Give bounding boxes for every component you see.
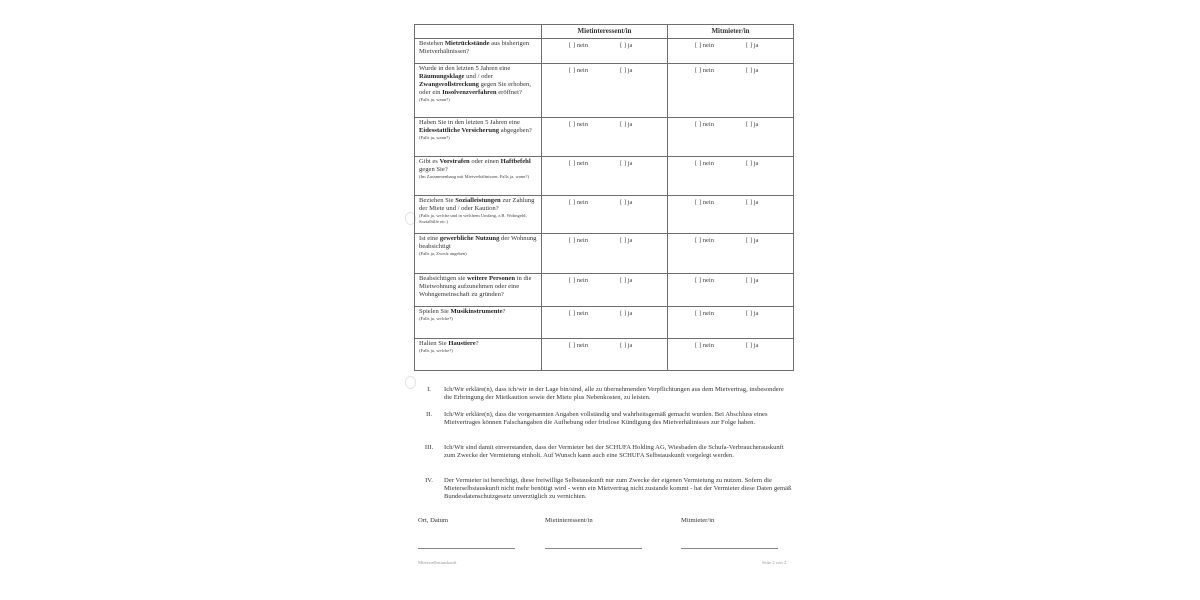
declaration-text: Ich/Wir erkläre(n), dass ich/wir in der …	[444, 386, 792, 402]
co-tenant-signature-line[interactable]	[681, 548, 778, 549]
co-tenant-answer-cell: [ ] nein[ ] ja	[668, 64, 794, 118]
co-tenant-ja-checkbox[interactable]: [ ] ja	[746, 310, 758, 317]
table-row: Halten Sie Haustiere?(Falls ja, welche?)…	[415, 339, 794, 371]
question-hint: (Falls ja, wann?)	[419, 135, 538, 141]
applicant-ja-checkbox[interactable]: [ ] ja	[620, 160, 632, 167]
applicant-answer-cell: [ ] nein[ ] ja	[542, 196, 668, 234]
applicant-answer-cell: [ ] nein[ ] ja	[542, 307, 668, 339]
co-tenant-nein-checkbox[interactable]: [ ] nein	[695, 277, 714, 284]
applicant-answer-cell: [ ] nein[ ] ja	[542, 118, 668, 157]
table-row: Beziehen Sie Sozialleistungen zur Zahlun…	[415, 196, 794, 234]
declaration-number: IV.	[414, 477, 444, 485]
co-tenant-answer-cell: [ ] nein[ ] ja	[668, 157, 794, 196]
applicant-ja-checkbox[interactable]: [ ] ja	[620, 67, 632, 74]
applicant-nein-checkbox[interactable]: [ ] nein	[569, 160, 588, 167]
table-row: Gibt es Vorstrafen oder einen Haftbefehl…	[415, 157, 794, 196]
applicant-nein-checkbox[interactable]: [ ] nein	[569, 237, 588, 244]
table-row: Wurde in den letzten 5 Jahren eine Räumu…	[415, 64, 794, 118]
question-cell: Wurde in den letzten 5 Jahren eine Räumu…	[415, 64, 542, 118]
co-tenant-nein-checkbox[interactable]: [ ] nein	[695, 121, 714, 128]
question-cell: Haben Sie in den letzten 5 Jahren eine E…	[415, 118, 542, 157]
table-row: Ist eine gewerbliche Nutzung der Wohnung…	[415, 234, 794, 274]
co-tenant-ja-checkbox[interactable]: [ ] ja	[746, 277, 758, 284]
applicant-ja-checkbox[interactable]: [ ] ja	[620, 310, 632, 317]
question-cell: Halten Sie Haustiere?(Falls ja, welche?)	[415, 339, 542, 371]
question-hint: (Im Zusammenhang mit Mietverhältnissen, …	[419, 174, 538, 180]
question-cell: Bestehen Mietrückstände aus bisherigen M…	[415, 39, 542, 64]
applicant-nein-checkbox[interactable]: [ ] nein	[569, 277, 588, 284]
co-tenant-nein-checkbox[interactable]: [ ] nein	[695, 160, 714, 167]
header-co-tenant: Mitmieter/in	[668, 25, 794, 39]
table-row: Beabsichtigen sie weitere Personen in di…	[415, 274, 794, 307]
co-tenant-nein-checkbox[interactable]: [ ] nein	[695, 342, 714, 349]
applicant-nein-checkbox[interactable]: [ ] nein	[569, 67, 588, 74]
co-tenant-ja-checkbox[interactable]: [ ] ja	[746, 342, 758, 349]
question-cell: Beabsichtigen sie weitere Personen in di…	[415, 274, 542, 307]
declaration-text: Ich/Wir sind damit einverstanden, dass d…	[444, 444, 792, 460]
table-row: Haben Sie in den letzten 5 Jahren eine E…	[415, 118, 794, 157]
place-date-label: Ort, Datum	[418, 517, 448, 524]
question-hint: (Falls ja, wann?)	[419, 97, 538, 103]
applicant-nein-checkbox[interactable]: [ ] nein	[569, 42, 588, 49]
declaration-text: Der Vermieter ist berechtigt, diese frei…	[444, 477, 792, 502]
table-row: Bestehen Mietrückstände aus bisherigen M…	[415, 39, 794, 64]
place-date-line[interactable]	[418, 548, 515, 549]
declaration-number: III.	[414, 444, 444, 452]
page-number: Seite 2 von 2	[762, 560, 786, 565]
co-tenant-ja-checkbox[interactable]: [ ] ja	[746, 199, 758, 206]
applicant-nein-checkbox[interactable]: [ ] nein	[569, 199, 588, 206]
co-tenant-nein-checkbox[interactable]: [ ] nein	[695, 237, 714, 244]
co-tenant-nein-checkbox[interactable]: [ ] nein	[695, 42, 714, 49]
question-cell: Spielen Sie Musikinstrumente?(Falls ja, …	[415, 307, 542, 339]
co-tenant-ja-checkbox[interactable]: [ ] ja	[746, 237, 758, 244]
question-hint: (Falls ja, welche?)	[419, 316, 538, 322]
co-tenant-ja-checkbox[interactable]: [ ] ja	[746, 121, 758, 128]
question-cell: Ist eine gewerbliche Nutzung der Wohnung…	[415, 234, 542, 274]
co-tenant-answer-cell: [ ] nein[ ] ja	[668, 196, 794, 234]
applicant-signature-label: Mietinteressent/in	[545, 517, 593, 524]
co-tenant-answer-cell: [ ] nein[ ] ja	[668, 118, 794, 157]
applicant-nein-checkbox[interactable]: [ ] nein	[569, 310, 588, 317]
question-hint: (Falls ja, welche?)	[419, 348, 538, 354]
applicant-answer-cell: [ ] nein[ ] ja	[542, 339, 668, 371]
declaration-text: Ich/Wir erkläre(n), dass die vorgenannte…	[444, 411, 792, 427]
declaration-number: II.	[414, 411, 444, 419]
co-tenant-answer-cell: [ ] nein[ ] ja	[668, 274, 794, 307]
applicant-ja-checkbox[interactable]: [ ] ja	[620, 277, 632, 284]
applicant-ja-checkbox[interactable]: [ ] ja	[620, 42, 632, 49]
co-tenant-nein-checkbox[interactable]: [ ] nein	[695, 310, 714, 317]
co-tenant-ja-checkbox[interactable]: [ ] ja	[746, 67, 758, 74]
applicant-answer-cell: [ ] nein[ ] ja	[542, 64, 668, 118]
header-question	[415, 25, 542, 39]
applicant-signature-line[interactable]	[545, 548, 642, 549]
table-row: Spielen Sie Musikinstrumente?(Falls ja, …	[415, 307, 794, 339]
question-cell: Gibt es Vorstrafen oder einen Haftbefehl…	[415, 157, 542, 196]
applicant-answer-cell: [ ] nein[ ] ja	[542, 234, 668, 274]
applicant-ja-checkbox[interactable]: [ ] ja	[620, 342, 632, 349]
co-tenant-answer-cell: [ ] nein[ ] ja	[668, 307, 794, 339]
applicant-ja-checkbox[interactable]: [ ] ja	[620, 121, 632, 128]
footer-title: Mieterselbstauskunft	[418, 560, 457, 565]
document-page: Mietinteressent/in Mitmieter/in Bestehen…	[0, 0, 1200, 600]
co-tenant-nein-checkbox[interactable]: [ ] nein	[695, 199, 714, 206]
applicant-nein-checkbox[interactable]: [ ] nein	[569, 121, 588, 128]
applicant-answer-cell: [ ] nein[ ] ja	[542, 39, 668, 64]
declaration-number: I.	[414, 386, 444, 394]
header-applicant: Mietinteressent/in	[542, 25, 668, 39]
question-hint: (Falls ja, welche und in welchem Umfang,…	[419, 213, 538, 225]
co-tenant-answer-cell: [ ] nein[ ] ja	[668, 234, 794, 274]
questionnaire-table: Mietinteressent/in Mitmieter/in Bestehen…	[414, 24, 794, 371]
applicant-ja-checkbox[interactable]: [ ] ja	[620, 237, 632, 244]
co-tenant-answer-cell: [ ] nein[ ] ja	[668, 339, 794, 371]
table-header-row: Mietinteressent/in Mitmieter/in	[415, 25, 794, 39]
co-tenant-signature-label: Mitmieter/in	[681, 517, 714, 524]
co-tenant-ja-checkbox[interactable]: [ ] ja	[746, 42, 758, 49]
applicant-ja-checkbox[interactable]: [ ] ja	[620, 199, 632, 206]
question-hint: (Falls ja, Zweck angeben)	[419, 251, 538, 257]
co-tenant-ja-checkbox[interactable]: [ ] ja	[746, 160, 758, 167]
question-cell: Beziehen Sie Sozialleistungen zur Zahlun…	[415, 196, 542, 234]
co-tenant-answer-cell: [ ] nein[ ] ja	[668, 39, 794, 64]
applicant-nein-checkbox[interactable]: [ ] nein	[569, 342, 588, 349]
applicant-answer-cell: [ ] nein[ ] ja	[542, 274, 668, 307]
co-tenant-nein-checkbox[interactable]: [ ] nein	[695, 67, 714, 74]
applicant-answer-cell: [ ] nein[ ] ja	[542, 157, 668, 196]
